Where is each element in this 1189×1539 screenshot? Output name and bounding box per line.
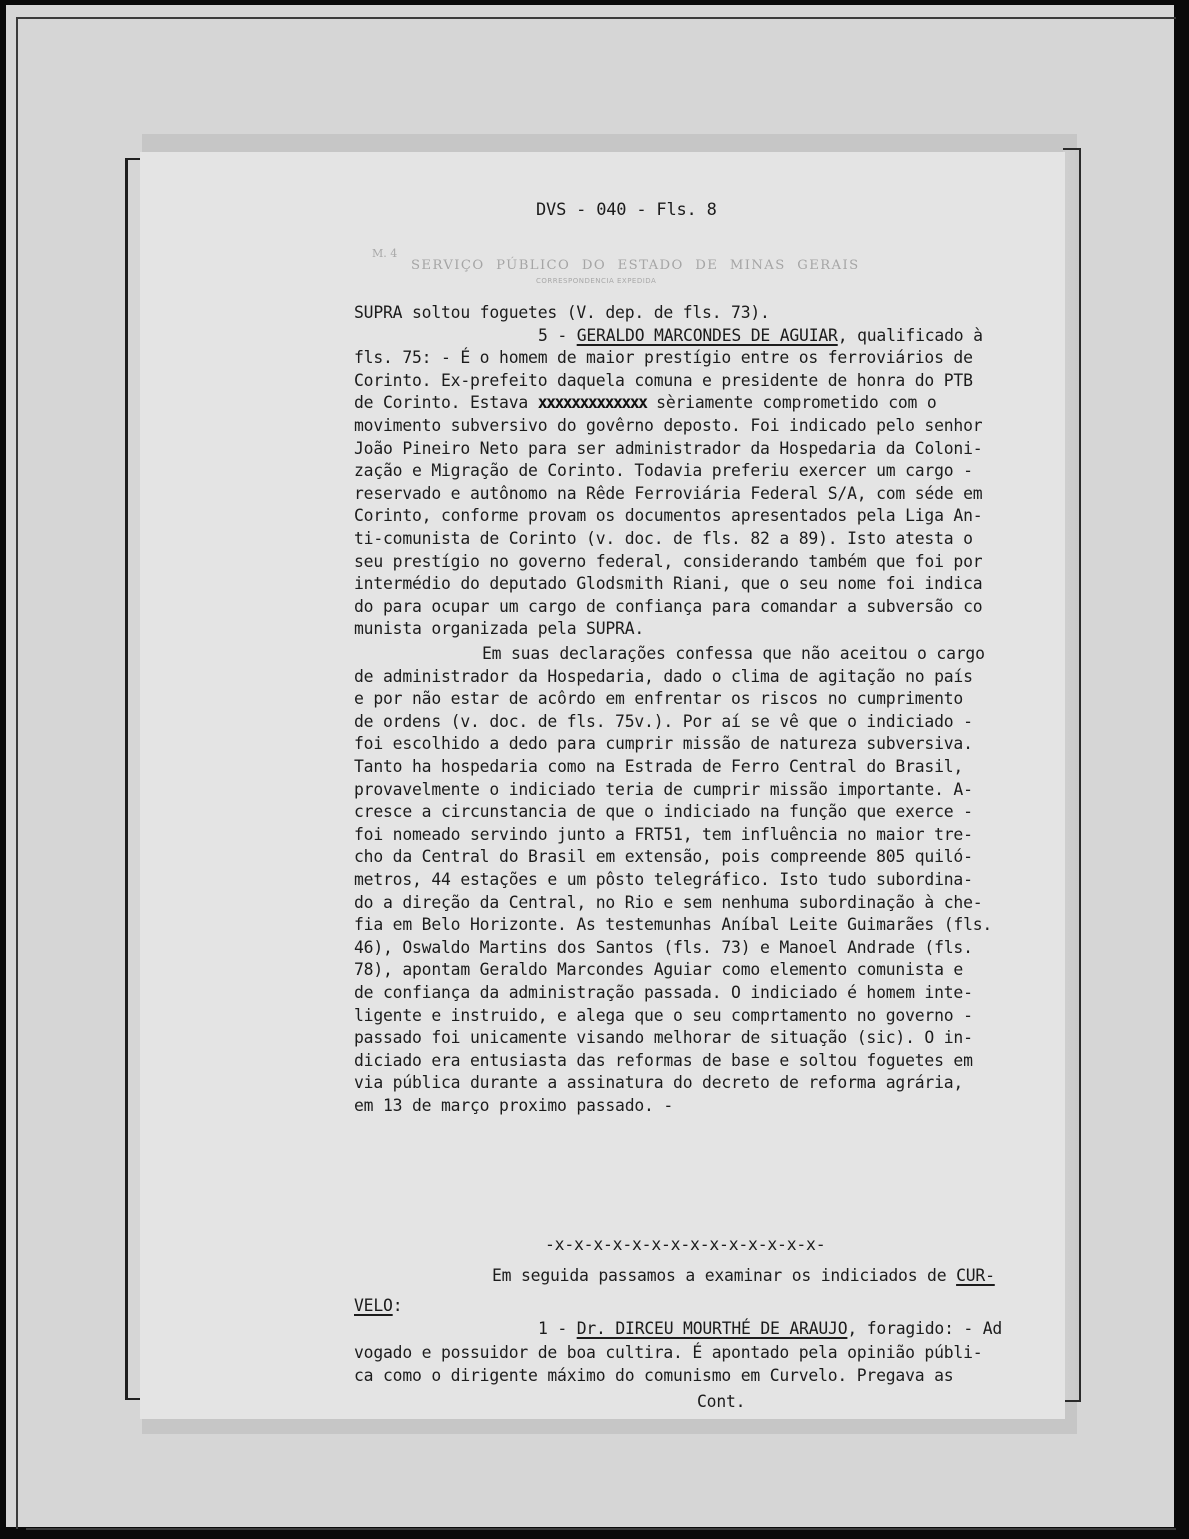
body-line: do a direção da Central, no Rio e sem ne… [354,893,982,912]
body-line: foi nomeado servindo junto a FRT51, tem … [354,825,973,844]
body-line: SUPRA soltou foguetes (V. dep. de fls. 7… [354,303,770,322]
body-line: passado foi unicamente visando melhorar … [354,1028,973,1047]
indictee-line-2: ca como o dirigente máximo do comunismo … [354,1366,953,1385]
body-line: de ordens (v. doc. de fls. 75v.). Por aí… [354,712,973,731]
section-intro-city-part2: VELO [354,1296,393,1315]
outer-frame-line-bottom [26,1528,1176,1530]
body-line: e por não estar de acôrdo em enfrentar o… [354,689,963,708]
section-intro-text: Em seguida passamos a examinar os indici… [492,1266,956,1285]
body-line: munista organizada pela SUPRA. [354,619,644,638]
line-segment: 5 - [538,326,577,345]
body-line: fia em Belo Horizonte. As testemunhas An… [354,915,992,934]
body-line: João Pineiro Neto para ser administrador… [354,439,982,458]
body-line: diciado era entusiasta das reformas de b… [354,1051,973,1070]
body-line: ti-comunista de Corinto (v. doc. de fls.… [354,529,973,548]
outer-frame-line-left [16,17,18,1529]
body-line: Corinto. Ex-prefeito daquela comuna e pr… [354,371,973,390]
body-line: Corinto, conforme provam os documentos a… [354,506,982,525]
indictee-number: 1 - [538,1319,577,1338]
line-segment: sèriamente comprometido com o [647,393,937,412]
section-separator: -x-x-x-x-x-x-x-x-x-x-x-x-x-x- [545,1235,825,1254]
body-line: cho da Central do Brasil em extensão, po… [354,847,973,866]
body-line: fls. 75: - É o homem de maior prestígio … [354,348,973,367]
body-line: provavelmente o indiciado teria de cumpr… [354,780,973,799]
body-line: do para ocupar um cargo de confiança par… [354,597,982,616]
struck-out-text: xxxxxxxxxxxxx [538,393,647,412]
body-line: 78), apontam Geraldo Marcondes Aguiar co… [354,960,963,979]
body-line: foi escolhido a dedo para cumprir missão… [354,734,973,753]
outer-frame-line-top [16,17,1176,19]
page-bracket-right [1063,148,1081,1402]
indictee-status: , foragido: - Ad [847,1319,1002,1338]
body-line: seu prestígio no governo federal, consid… [354,552,982,571]
body-line: 5 - GERALDO MARCONDES DE AGUIAR, qualifi… [538,326,983,345]
page-bracket-left [125,158,140,1400]
letterhead-title: SERVIÇO PÚBLICO DO ESTADO DE MINAS GERAI… [411,258,860,273]
indictee-heading: 1 - Dr. DIRCEU MOURTHÉ DE ARAUJO, foragi… [538,1319,1002,1338]
body-line: de administrador da Hospedaria, dado o c… [354,667,973,686]
body-line: Tanto ha hospedaria como na Estrada de F… [354,757,963,776]
body-line: 46), Oswaldo Martins dos Santos (fls. 73… [354,938,973,957]
section-intro-line-2: VELO: [354,1296,402,1315]
section-intro-line: Em seguida passamos a examinar os indici… [492,1266,995,1285]
body-line: intermédio do deputado Glodsmith Riani, … [354,574,982,593]
section-intro-city-part1: CUR- [956,1266,995,1285]
body-line: via pública durante a assinatura do decr… [354,1073,963,1092]
continuation-marker: Cont. [697,1392,745,1411]
body-line: ligente e instruido, e alega que o seu c… [354,1006,973,1025]
body-line: em 13 de março proximo passado. - [354,1096,673,1115]
indictee-name: GERALDO MARCONDES DE AGUIAR [577,326,838,345]
document-reference: DVS - 040 - Fls. 8 [536,200,717,220]
body-line: metros, 44 estações e um pôsto telegráfi… [354,870,973,889]
body-line: movimento subversivo do govêrno deposto.… [354,416,982,435]
indictee-line-1: vogado e possuidor de boa cultira. É apo… [354,1343,982,1362]
indictee-name: Dr. DIRCEU MOURTHÉ DE ARAUJO [577,1319,848,1338]
body-line: Em suas declarações confessa que não ace… [482,644,985,663]
body-line: zação e Migração de Corinto. Todavia pre… [354,461,973,480]
body-line: de confiança da administração passada. O… [354,983,973,1002]
line-segment: de Corinto. Estava [354,393,538,412]
line-segment: , qualificado à [838,326,983,345]
body-line: cresce a circunstancia de que o indiciad… [354,802,973,821]
body-line: de Corinto. Estava xxxxxxxxxxxxx sèriame… [354,393,937,412]
colon: : [393,1296,403,1315]
letterhead-mark: M. 4 [372,247,397,260]
letterhead-subtitle: CORRESPONDENCIA EXPEDIDA [536,277,656,285]
body-line: reservado e autônomo na Rêde Ferroviária… [354,484,982,503]
